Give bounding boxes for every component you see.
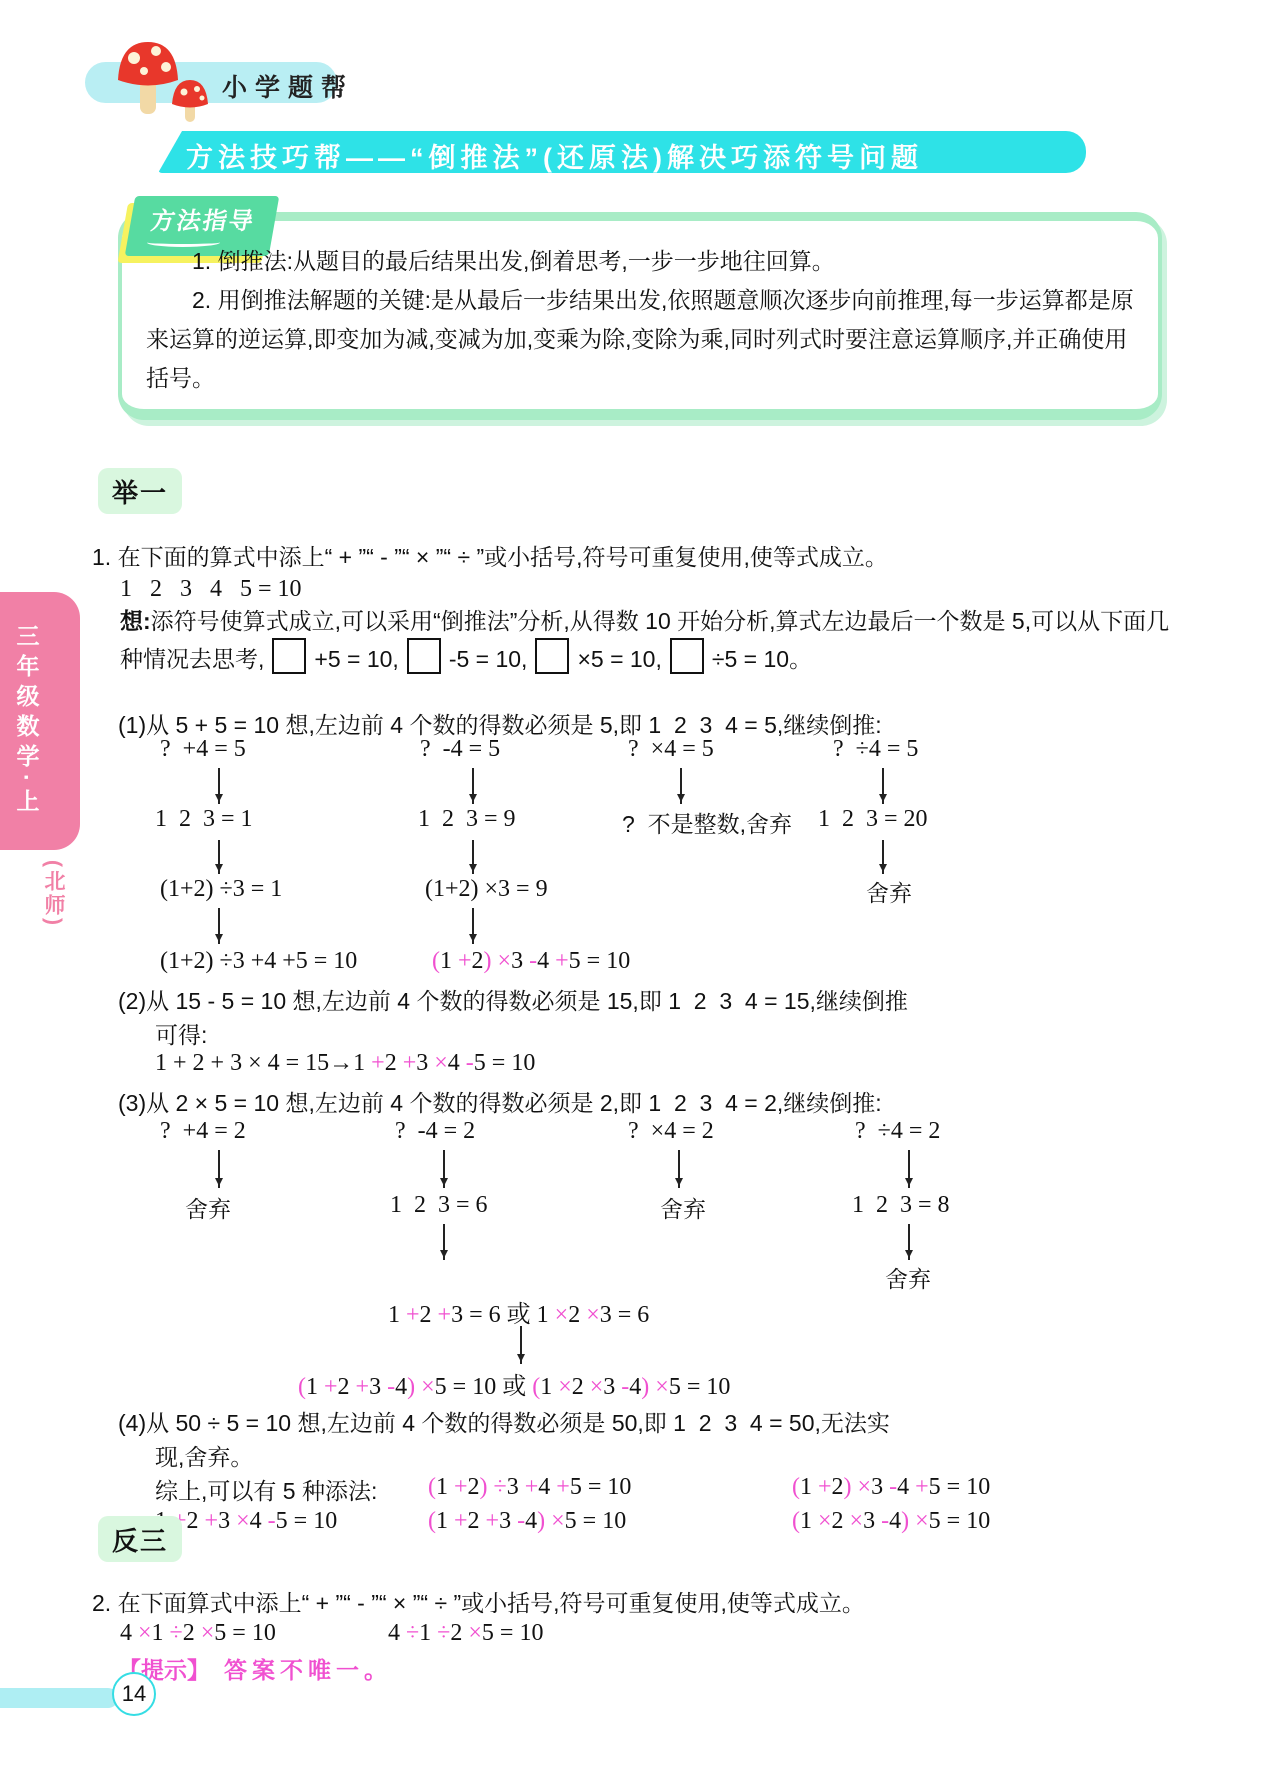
sidebar-grade-tab: 三年级数学·上 — [0, 592, 80, 850]
page-number-badge: 14 — [112, 1672, 156, 1716]
guide-paragraph-2: 2. 用倒推法解题的关键:是从最后一步结果出发,依照题意顺次逐步向前推理,每一步… — [146, 281, 1136, 398]
think-label: 想: — [120, 608, 151, 634]
answer-3: 1 +2 +3 ×4 -5 = 10 — [155, 1508, 337, 1535]
flow2-a3: ? ×4 = 2 — [628, 1118, 714, 1145]
flow-arrow — [218, 768, 220, 804]
logo-title: 小学题帮 — [222, 68, 354, 104]
flow-arrow — [908, 1224, 910, 1260]
flow1-a2: ? -4 = 5 — [420, 736, 500, 763]
flow2-b4: 1 2 3 = 8 — [852, 1192, 950, 1219]
sidebar-grade-label: 三年级数学·上 — [11, 624, 44, 819]
flow2-b2: 1 2 3 = 6 — [390, 1192, 488, 1219]
blank-box — [535, 638, 569, 674]
flow-arrow — [882, 840, 884, 874]
flow2-final-line: (1 +2 +3 -4) ×5 = 10 或 (1 ×2 ×3 -4) ×5 =… — [298, 1366, 730, 1401]
section-label-practice: 反三 — [98, 1516, 182, 1562]
answer-5: (1 ×2 ×3 -4) ×5 = 10 — [792, 1508, 990, 1535]
flow1-a4: ? ÷4 = 5 — [833, 736, 918, 763]
flow1-a3: ? ×4 = 5 — [628, 736, 714, 763]
flow2-b3: 舍弃 — [660, 1192, 706, 1226]
blank-box — [670, 638, 704, 674]
flow1-c2: (1+2) ×3 = 9 — [425, 876, 548, 903]
problem1-think: 想:添符号使算式成立,可以采用“倒推法”分析,从得数 10 开始分析,算式左边最… — [120, 604, 1172, 676]
mushroom-icon — [100, 34, 210, 131]
flow-arrow — [882, 768, 884, 804]
sidebar-edition-label: (北师) — [38, 860, 68, 928]
flow-arrow — [443, 1150, 445, 1188]
answer-2: (1 +2) ×3 -4 +5 = 10 — [792, 1474, 990, 1501]
flow-arrow — [443, 1224, 445, 1260]
flow2-or-line: 1 +2 +3 = 6 或 1 ×2 ×3 = 6 — [388, 1294, 649, 1329]
flow2-b1: 舍弃 — [185, 1192, 231, 1226]
flow2-discard: 舍弃 — [885, 1262, 931, 1296]
textbook-page: 小学题帮 方法技巧帮——“倒推法”(还原法)解决巧添符号问题 方法指导 1. 倒… — [0, 0, 1277, 1773]
flow1-discard: 舍弃 — [866, 876, 912, 910]
blank-box — [272, 638, 306, 674]
flow-arrow — [218, 908, 220, 944]
case4-text: (4)从 50 ÷ 5 = 10 想,左边前 4 个数的得数必须是 50,即 1… — [118, 1406, 890, 1440]
problem2-stem: 2. 在下面算式中添上“ + ”“ - ”“ × ”“ ÷ ”或小括号,符号可重… — [92, 1586, 1204, 1620]
summary-intro: 综上,可以有 5 种添法: — [155, 1474, 377, 1508]
flow-arrow — [680, 768, 682, 804]
flow-arrow — [908, 1150, 910, 1188]
flow1-b1: 1 2 3 = 1 — [155, 806, 253, 833]
hint-line: 【提示】答案不唯一。 — [118, 1652, 392, 1685]
guide-paragraph-1: 1. 倒推法:从题目的最后结果出发,倒着思考,一步一步地往回算。 — [146, 242, 1136, 281]
case2-text: (2)从 15 - 5 = 10 想,左边前 4 个数的得数必须是 15,即 1… — [118, 984, 908, 1018]
flow1-a1: ? +4 = 5 — [160, 736, 246, 763]
problem2-answer-1: 4 ×1 ÷2 ×5 = 10 — [120, 1620, 276, 1647]
method-guide-tag-label: 方法指导 — [148, 208, 257, 235]
flow-arrow — [520, 1326, 522, 1364]
flow1-result-black: (1+2) ÷3 +4 +5 = 10 — [160, 948, 357, 975]
flow-arrow — [472, 840, 474, 874]
answer-1: (1 +2) ÷3 +4 +5 = 10 — [428, 1474, 631, 1501]
flow-arrow — [218, 1150, 220, 1188]
case2-expression: 1 + 2 + 3 × 4 = 15→1 +2 +3 ×4 -5 = 10 — [155, 1050, 535, 1077]
section-label-example: 举一 — [98, 468, 182, 514]
flow2-a2: ? -4 = 2 — [395, 1118, 475, 1145]
page-number-bar — [0, 1688, 118, 1708]
flow2-a1: ? +4 = 2 — [160, 1118, 246, 1145]
answer-4: (1 +2 +3 -4) ×5 = 10 — [428, 1508, 626, 1535]
flow-arrow — [472, 908, 474, 944]
flow1-b3: ? 不是整数,舍弃 — [622, 806, 792, 839]
flow1-b4: 1 2 3 = 20 — [818, 806, 928, 833]
problem1-stem: 1. 在下面的算式中添上“ + ”“ - ”“ × ”“ ÷ ”或小括号,符号可… — [92, 540, 1204, 574]
page-number: 14 — [122, 1681, 146, 1707]
flow1-c1: (1+2) ÷3 = 1 — [160, 876, 282, 903]
case3-text: (3)从 2 × 5 = 10 想,左边前 4 个数的得数必须是 2,即 1 2… — [118, 1086, 882, 1120]
case4-text-cont: 现,舍弃。 — [155, 1440, 253, 1474]
flow2-a4: ? ÷4 = 2 — [855, 1118, 940, 1145]
blank-box — [407, 638, 441, 674]
hint-text: 答案不唯一。 — [224, 1657, 392, 1683]
flow1-result-pink: (1 +2) ×3 -4 +5 = 10 — [432, 948, 630, 975]
chapter-title: 方法技巧帮——“倒推法”(还原法)解决巧添符号问题 — [186, 136, 923, 175]
flow-arrow — [218, 840, 220, 874]
flow-arrow — [678, 1150, 680, 1188]
case2-text-cont: 可得: — [155, 1018, 207, 1052]
problem2-answer-2: 4 ÷1 ÷2 ×5 = 10 — [388, 1620, 543, 1647]
method-guide-text: 1. 倒推法:从题目的最后结果出发,倒着思考,一步一步地往回算。 2. 用倒推法… — [146, 242, 1136, 398]
flow-arrow — [472, 768, 474, 804]
flow1-b2: 1 2 3 = 9 — [418, 806, 516, 833]
problem1-equation: 1 2 3 4 5 = 10 — [120, 576, 302, 603]
